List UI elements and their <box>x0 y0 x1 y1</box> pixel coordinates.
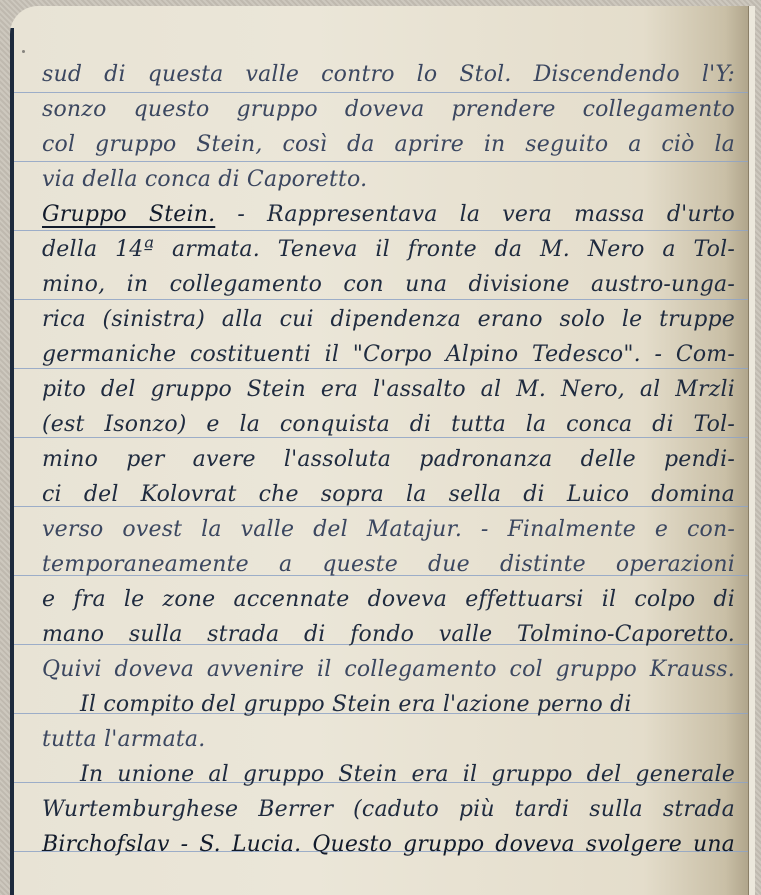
text-line-5: Gruppo Stein. - Rappresentava la vera ma… <box>42 198 735 232</box>
text-line-23: Birchofslav - S. Lucia. Questo gruppo do… <box>42 828 735 862</box>
text-line-1: sud di questa valle contro lo Stol. Disc… <box>42 58 735 92</box>
photo-background: sud di questa valle contro lo Stol. Disc… <box>0 0 761 895</box>
text-line-21: In unione al gruppo Stein era il gruppo … <box>42 758 735 792</box>
text-line-18: Quivi doveva avvenire il collegamento co… <box>42 653 735 687</box>
text-line-7: mino, in collegamento con una divisione … <box>42 268 735 302</box>
text-line-10: pito del gruppo Stein era l'assalto al M… <box>42 373 735 407</box>
ink-spot <box>22 50 25 53</box>
text-line-17: mano sulla strada di fondo valle Tolmino… <box>42 618 735 652</box>
text-line-12: mino per avere l'assoluta padronanza del… <box>42 443 735 477</box>
text-line-22: Wurtemburghese Berrer (caduto più tardi … <box>42 793 735 827</box>
text-line-3: col gruppo Stein, così da aprire in segu… <box>42 128 735 162</box>
notebook-page: sud di questa valle contro lo Stol. Disc… <box>10 6 755 895</box>
text-line-11: (est Isonzo) e la conquista di tutta la … <box>42 408 735 442</box>
text-line-9: germaniche costituenti il "Corpo Alpino … <box>42 338 735 372</box>
text-line-2: sonzo questo gruppo doveva prendere coll… <box>42 93 735 127</box>
text-line-5-rest: - Rappresentava la vera massa d'urto <box>237 202 735 227</box>
text-line-4: via della conca di Caporetto. <box>42 163 735 197</box>
text-line-13: ci del Kolovrat che sopra la sella di Lu… <box>42 478 735 512</box>
text-line-15: temporaneamente a queste due distinte op… <box>42 548 735 582</box>
text-line-20: tutta l'armata. <box>42 723 735 757</box>
text-line-6: della 14ª armata. Teneva il fronte da M.… <box>42 233 735 267</box>
text-line-16: e fra le zone accennate doveva effettuar… <box>42 583 735 617</box>
section-heading: Gruppo Stein. <box>42 202 215 227</box>
text-line-8: rica (sinistra) alla cui dipendenza eran… <box>42 303 735 337</box>
text-line-19: Il compito del gruppo Stein era l'azione… <box>42 688 735 722</box>
text-line-14: verso ovest la valle del Matajur. - Fina… <box>42 513 735 547</box>
next-page-edge <box>748 6 755 895</box>
